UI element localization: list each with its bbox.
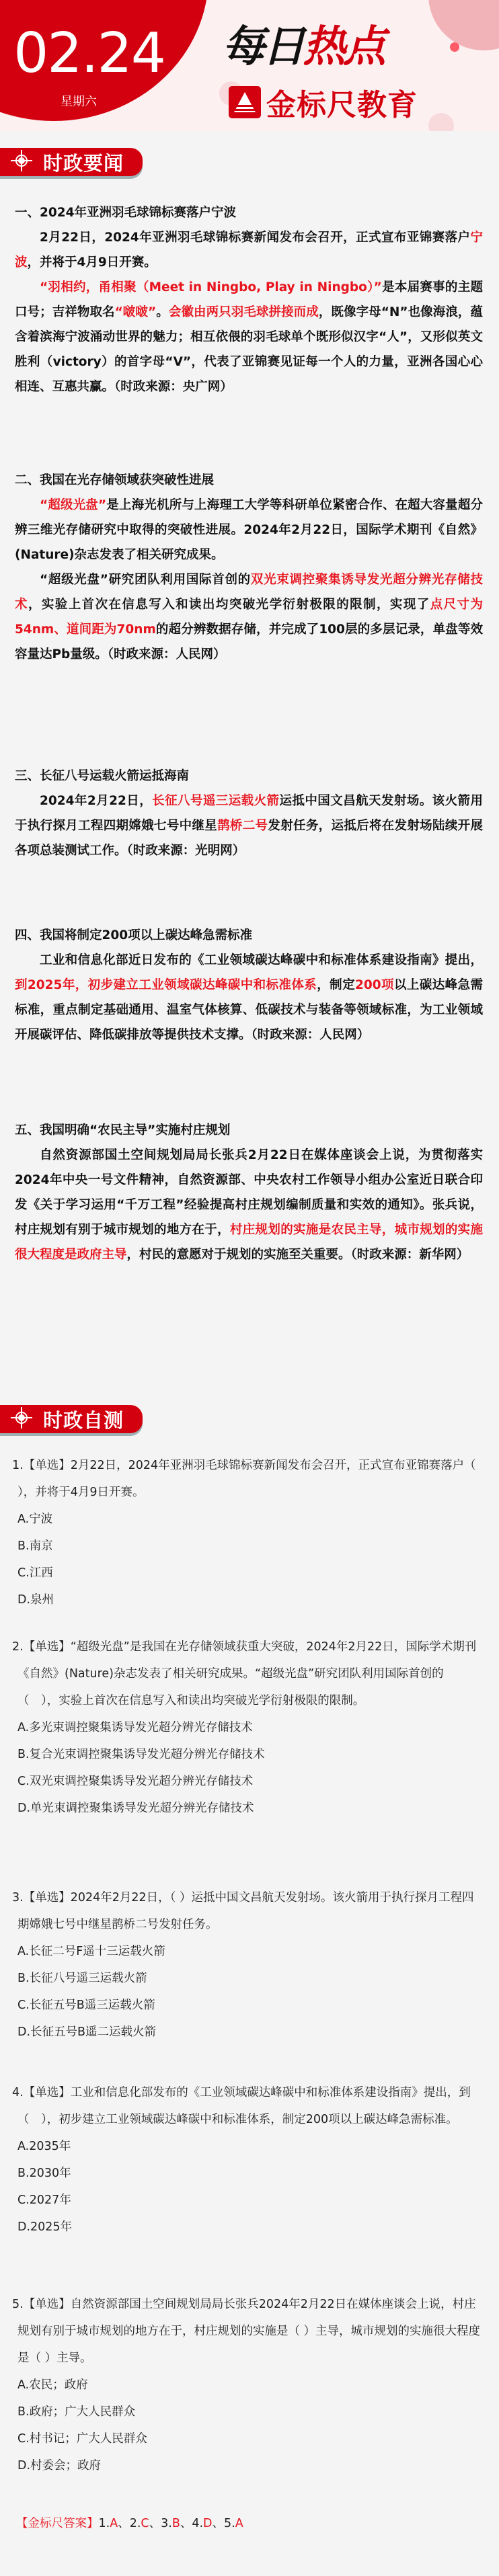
crosshair-icon	[9, 149, 36, 175]
decorative-circle	[428, 0, 499, 50]
news-heading: 五、我国明确“农民主导”实施村庄规划	[15, 1118, 483, 1143]
answer-option: B.2030年	[12, 2160, 483, 2187]
news-item: 一、2024年亚洲羽毛球锦标赛落户宁波2月22日，2024年亚洲羽毛球锦标赛新闻…	[15, 200, 483, 399]
news-heading: 一、2024年亚洲羽毛球锦标赛落户宁波	[15, 200, 483, 225]
body-text: ，实验上首次在信息写入和读出均突破光学衍射极限的限制，实现了	[28, 598, 430, 612]
quiz-question: 5.【单选】自然资源部国土空间规划局局长张兵2024年2月22日在媒体座谈会上说…	[12, 2291, 483, 2479]
news-paragraph: “羽相约，甬相聚（Meet in Ningbo, Play in Ningbo）…	[15, 275, 483, 399]
quiz-question: 4.【单选】工业和信息化部发布的《工业领域碳达峰碳中和标准体系建设指南》提出，到…	[12, 2079, 483, 2241]
section-title: 时政自测	[43, 1406, 124, 1433]
news-heading: 三、长征八号运载火箭运抵海南	[15, 764, 483, 789]
news-paragraph: 工业和信息化部近日发布的《工业领域碳达峰碳中和标准体系建设指南》提出，到2025…	[15, 948, 483, 1047]
news-paragraph: 2024年2月22日，长征八号遥三运载火箭运抵中国文昌航天发射场。该火箭用于执行…	[15, 789, 483, 863]
news-item: 二、我国在光存储领域获突破性进展“超级光盘”是上海光机所与上海理工大学等科研单位…	[15, 468, 483, 667]
answer-option: C.2027年	[12, 2187, 483, 2214]
answer-value: D	[203, 2517, 212, 2530]
page: 02.24 星期六 每日热点 金标尺教育 时政要闻 一、2024年亚洲羽毛球锦标…	[0, 0, 499, 2576]
highlight-text: “羽相约，甬相聚（Meet in Ningbo, Play in Ningbo）…	[40, 280, 382, 294]
quiz-question: 3.【单选】2024年2月22日，（ ）运抵中国文昌航天发射场。该火箭用于执行探…	[12, 1884, 483, 2046]
news-paragraph: “超级光盘”是上海光机所与上海理工大学等科研单位紧密合作、在超大容量超分辨三维光…	[15, 493, 483, 567]
quiz-question: 1.【单选】2月22日，2024年亚洲羽毛球锦标赛新闻发布会召开，正式宣布亚锦赛…	[12, 1452, 483, 1613]
answer-option: A.农民；政府	[12, 2372, 483, 2399]
answer-separator: 、	[213, 2517, 225, 2530]
answer-separator: 、	[118, 2517, 130, 2530]
answer-option: B.长征八号遥三运载火箭	[12, 1965, 483, 1992]
decorative-dot	[450, 42, 459, 52]
answer-value: B	[172, 2517, 180, 2530]
answer-option: A.长征二号F遥十三运载火箭	[12, 1938, 483, 1965]
news-paragraph: 自然资源部国土空间规划局局长张兵2月22日在媒体座谈会上说，为贯彻落实2024年…	[15, 1143, 483, 1267]
quiz-question: 2.【单选】“超级光盘”是我国在光存储领域获重大突破，2024年2月22日，国际…	[12, 1634, 483, 1822]
body-text: ，村民的意愿对于规划的实施至关重要。（时政来源：新华网）	[127, 1248, 469, 1262]
answer-number: 3.	[161, 2517, 172, 2530]
answer-number: 5.	[224, 2517, 235, 2530]
answer-label: 【金标尺答案】	[16, 2517, 99, 2530]
highlight-text: “超级光盘”	[40, 498, 106, 512]
answer-number: 4.	[192, 2517, 203, 2530]
decorative-circle	[428, 113, 454, 131]
brand-logo-icon	[229, 86, 261, 118]
news-paragraph: “超级光盘”研究团队利用国际首创的双光束调控聚集诱导发光超分辨光存储技术，实验上…	[15, 567, 483, 667]
section-badge-quiz: 时政自测	[0, 1405, 143, 1433]
highlight-text: “啵啵”	[115, 305, 157, 319]
highlight-text: 到2025年，初步建立工业领域碳达峰碳中和标准体系	[15, 978, 317, 992]
question-text: 2.【单选】“超级光盘”是我国在光存储领域获重大突破，2024年2月22日，国际…	[12, 1634, 483, 1714]
date: 02.24	[0, 22, 178, 85]
answer-option: D.泉州	[12, 1586, 483, 1613]
highlight-text: 会徽由两只羽毛球拼接而成	[169, 305, 319, 319]
answer-option: D.单光束调控聚集诱导发光超分辨光存储技术	[12, 1795, 483, 1822]
answer-option: C.村书记；广大人民群众	[12, 2425, 483, 2452]
brand-name: 金标尺教育	[266, 81, 418, 124]
answer-option: A.宁波	[12, 1506, 483, 1533]
page-title: 每日热点	[222, 12, 383, 74]
answer-value: C	[141, 2517, 149, 2530]
body-text: ，并将于4月9日开赛。	[28, 255, 157, 270]
body-text: 2024年2月22日，	[40, 794, 152, 808]
answer-option: C.江西	[12, 1560, 483, 1586]
answer-number: 2.	[130, 2517, 141, 2530]
news-item: 五、我国明确“农民主导”实施村庄规划自然资源部国土空间规划局局长张兵2月22日在…	[15, 1118, 483, 1267]
answer-option: D.村委会；政府	[12, 2452, 483, 2479]
answer-value: A	[110, 2517, 118, 2530]
answer-separator: 、	[149, 2517, 161, 2530]
title-red: 热点	[303, 22, 383, 72]
answer-option: B.南京	[12, 1533, 483, 1560]
news-item: 四、我国将制定200项以上碳达峰急需标准工业和信息化部近日发布的《工业领域碳达峰…	[15, 923, 483, 1047]
weekday: 星期六	[61, 92, 97, 110]
body-text: “超级光盘”研究团队利用国际首创的	[40, 573, 251, 587]
answer-option: B.政府；广大人民群众	[12, 2399, 483, 2425]
answer-value: A	[235, 2517, 243, 2530]
news-heading: 四、我国将制定200项以上碳达峰急需标准	[15, 923, 483, 948]
body-text: ，制定	[317, 978, 355, 992]
section-badge-news: 时政要闻	[0, 148, 143, 176]
news-item: 三、长征八号运载火箭运抵海南2024年2月22日，长征八号遥三运载火箭运抵中国文…	[15, 764, 483, 863]
highlight-text: 200项	[355, 978, 394, 992]
question-text: 1.【单选】2月22日，2024年亚洲羽毛球锦标赛新闻发布会召开，正式宣布亚锦赛…	[12, 1452, 483, 1506]
answer-option: A.2035年	[12, 2133, 483, 2160]
crosshair-icon	[9, 1406, 36, 1433]
header-banner: 02.24 星期六 每日热点 金标尺教育	[0, 0, 499, 131]
brand: 金标尺教育	[229, 81, 418, 124]
section-title: 时政要闻	[43, 149, 124, 176]
answer-option: B.复合光束调控聚集诱导发光超分辨光存储技术	[12, 1741, 483, 1768]
answer-option: C.双光束调控聚集诱导发光超分辨光存储技术	[12, 1768, 483, 1795]
title-black: 每日	[222, 22, 303, 72]
answer-option: C.长征五号B遥三运载火箭	[12, 1992, 483, 2019]
news-paragraph: 2月22日，2024年亚洲羽毛球锦标赛新闻发布会召开，正式宣布亚锦赛落户宁波，并…	[15, 225, 483, 275]
question-text: 3.【单选】2024年2月22日，（ ）运抵中国文昌航天发射场。该火箭用于执行探…	[12, 1884, 483, 1938]
answer-option: D.长征五号B遥二运载火箭	[12, 2019, 483, 2046]
question-text: 4.【单选】工业和信息化部发布的《工业领域碳达峰碳中和标准体系建设指南》提出，到…	[12, 2079, 483, 2133]
news-heading: 二、我国在光存储领域获突破性进展	[15, 468, 483, 493]
highlight-text: 长征八号遥三运载火箭	[152, 794, 279, 808]
answer-number: 1.	[99, 2517, 110, 2530]
highlight-text: 鹊桥二号	[217, 819, 268, 833]
answer-key: 【金标尺答案】1.A、2.C、3.B、4.D、5.A	[16, 2514, 243, 2531]
answer-option: D.2025年	[12, 2214, 483, 2241]
body-text: 工业和信息化部近日发布的《工业领域碳达峰碳中和标准体系建设指南》提出，	[40, 953, 483, 967]
answer-option: A.多光束调控聚集诱导发光超分辨光存储技术	[12, 1714, 483, 1741]
question-text: 5.【单选】自然资源部国土空间规划局局长张兵2024年2月22日在媒体座谈会上说…	[12, 2291, 483, 2372]
body-text: 2月22日，2024年亚洲羽毛球锦标赛新闻发布会召开，正式宣布亚锦赛落户	[40, 231, 470, 245]
body-text: 。	[156, 305, 169, 319]
answer-separator: 、	[180, 2517, 192, 2530]
